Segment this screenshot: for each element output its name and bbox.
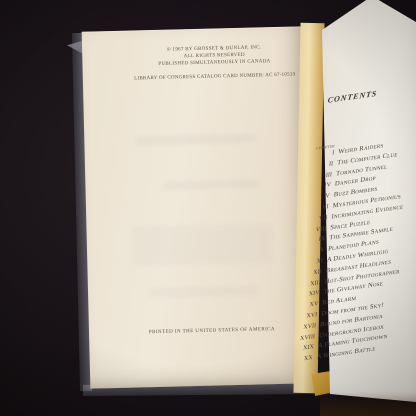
book-photo-scene: © 1967 BY GROSSET & DUNLAP, INC. ALL RIG… <box>0 0 416 416</box>
page-showthrough <box>132 223 273 266</box>
copyright-page: © 1967 BY GROSSET & DUNLAP, INC. ALL RIG… <box>82 26 310 388</box>
page-showthrough <box>163 179 258 189</box>
copyright-block: © 1967 BY GROSSET & DUNLAP, INC. ALL RIG… <box>114 44 314 70</box>
library-of-congress-line: LIBRARY OF CONGRESS CATALOG CARD NUMBER:… <box>115 72 315 84</box>
page-showthrough <box>136 133 256 145</box>
chapter-list: IWeird RaidersIIThe Computer ClueIIITorn… <box>284 135 416 368</box>
page-showthrough <box>148 285 258 298</box>
printed-in-usa-line: PRINTED IN THE UNITED STATES OF AMERICA <box>112 326 312 338</box>
